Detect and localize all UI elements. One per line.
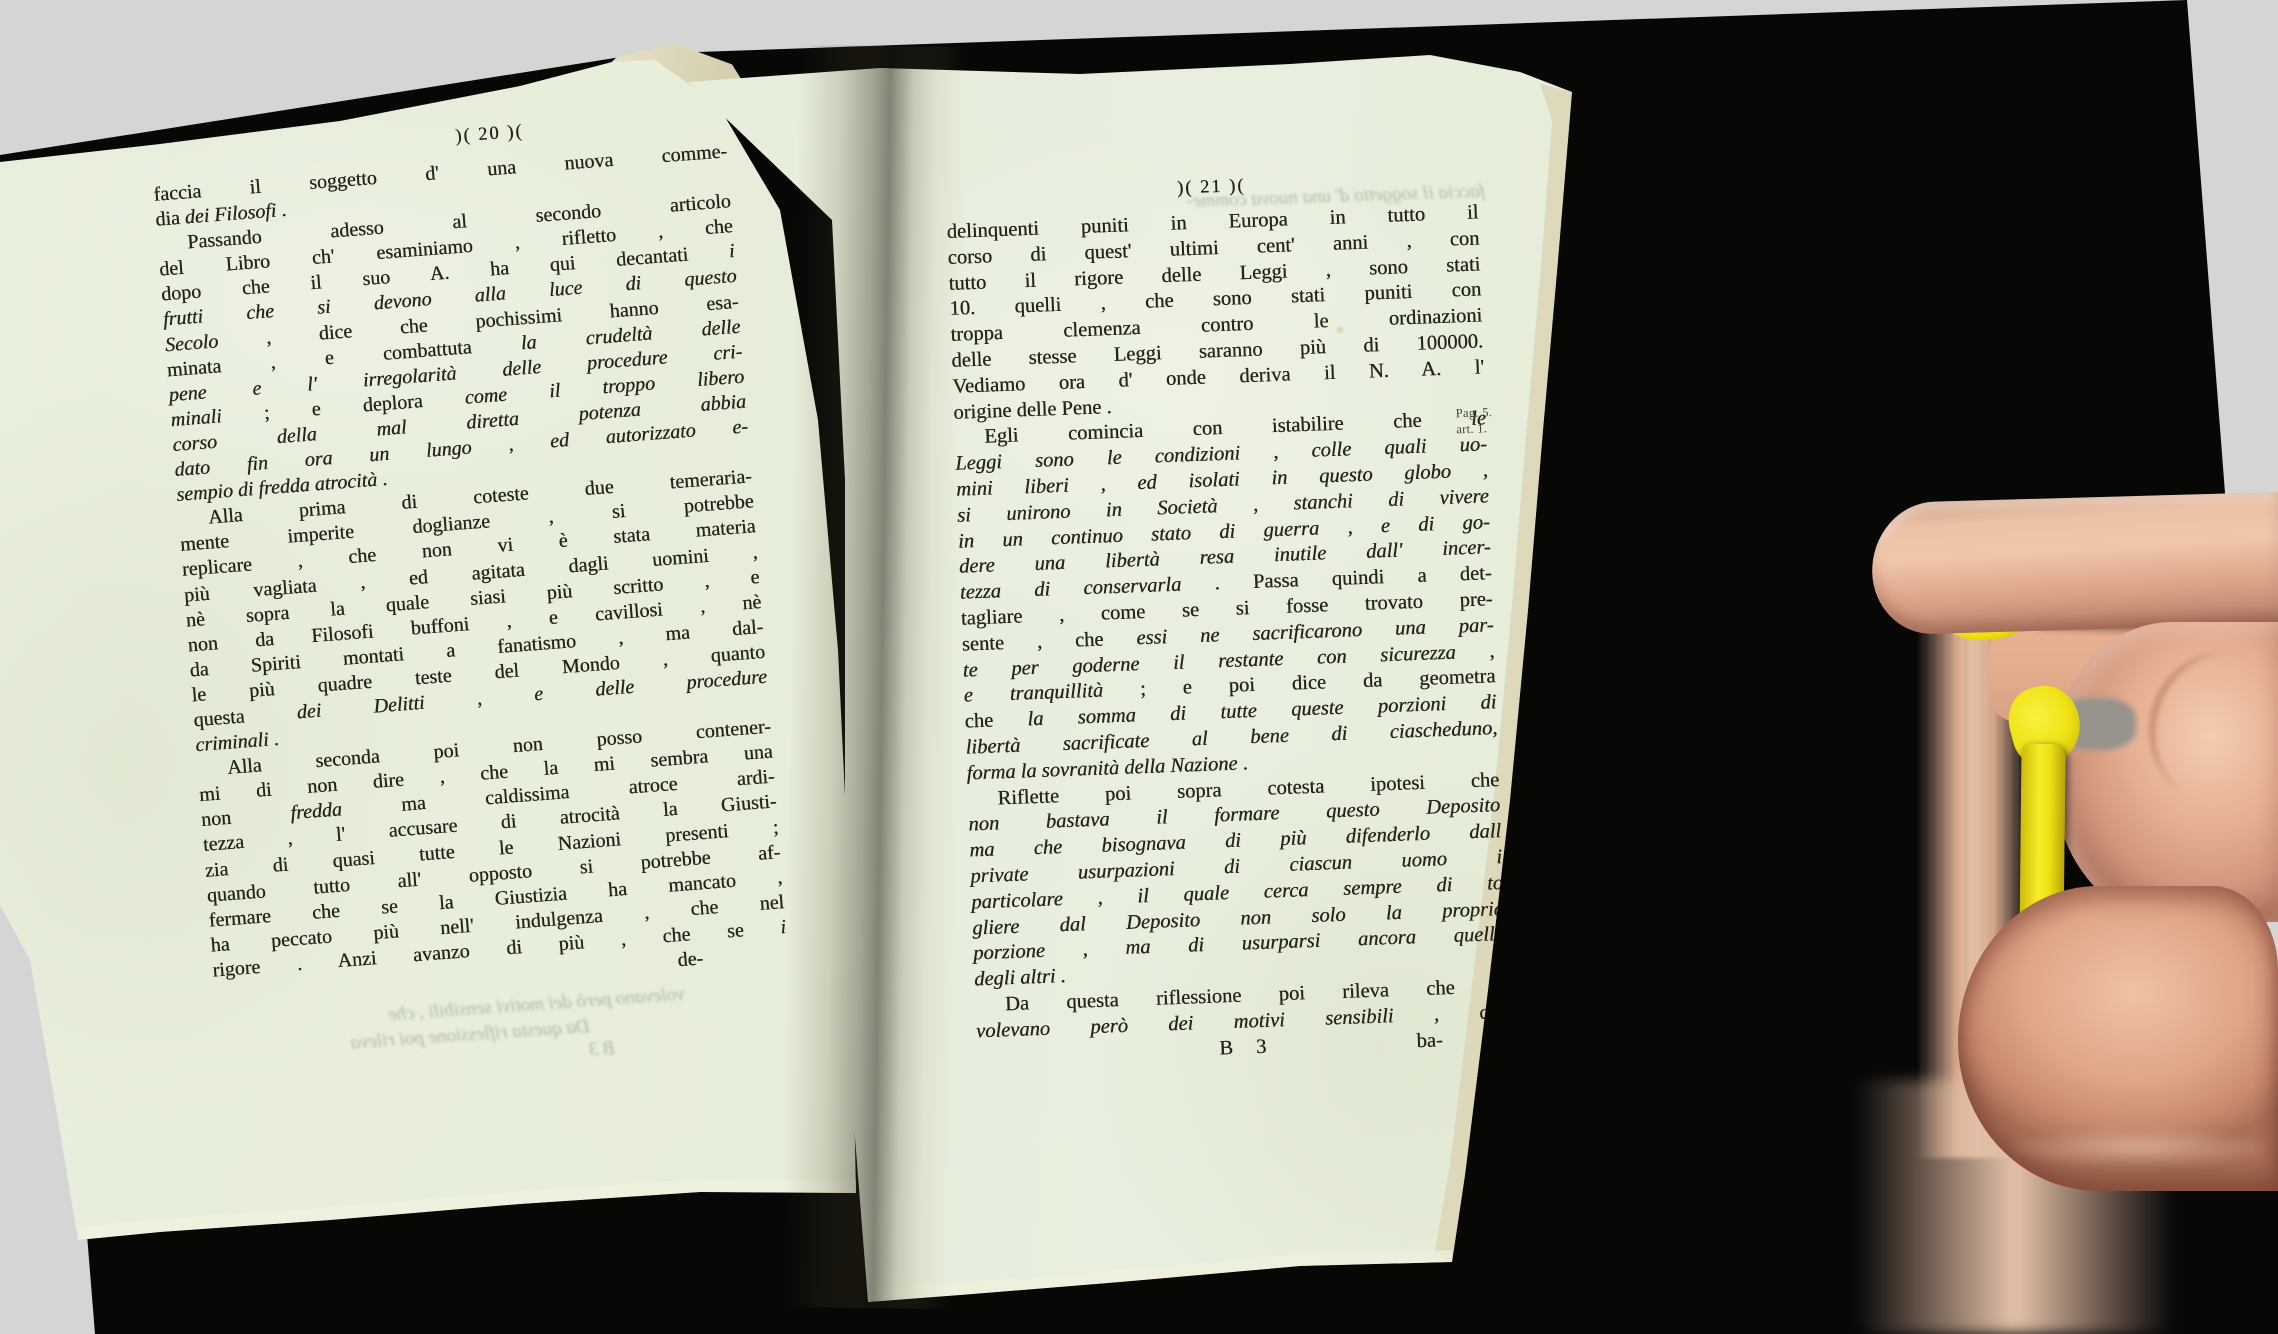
finger-highlight [2000, 1128, 2278, 1168]
text-segment: fredda [290, 799, 343, 825]
text-segment: , [1455, 640, 1495, 663]
signature-mark: B 3 [1219, 1035, 1267, 1059]
page-right-text: )( 21 )( delinquenti puniti in Europa in… [945, 166, 1509, 1071]
page-left-text: )( 20 )( faccia il soggetto d' una nuova… [150, 104, 789, 1008]
text-segment: criminali [195, 729, 270, 756]
book-scan-photo: volevano però dei motivi sensibili , che… [0, 0, 2278, 1334]
index-finger [1870, 492, 2278, 635]
text-segment: dia [155, 207, 186, 231]
text-segment: . [275, 199, 287, 222]
catchword: ba- [1416, 1028, 1443, 1055]
text-segment: . [268, 728, 280, 751]
page-right-lines: delinquenti puniti in Europa in tutto il… [946, 200, 1508, 1044]
gutter-shadow [781, 45, 969, 1309]
text-segment: Secolo [164, 330, 219, 356]
page-left-lines: faccia il soggetto d' una nuova comme-di… [153, 139, 787, 983]
text-segment: minali [170, 405, 223, 431]
text-segment: origine delle Pene . [953, 396, 1112, 424]
bleedthrough-text: B 3 [544, 1038, 615, 1065]
text-segment: . [376, 468, 388, 491]
text-segment: che [964, 708, 1028, 732]
text-segment: . [1237, 752, 1248, 774]
margin-note-line: art. 1. [1456, 419, 1541, 438]
text-segment: i [728, 240, 735, 262]
text-segment: degli altri . [974, 965, 1066, 990]
margin-note: Pag. 5. art. 1. [1455, 403, 1540, 437]
text-segment: sente , che [961, 627, 1136, 655]
text-segment: e tranquillità [963, 680, 1103, 707]
